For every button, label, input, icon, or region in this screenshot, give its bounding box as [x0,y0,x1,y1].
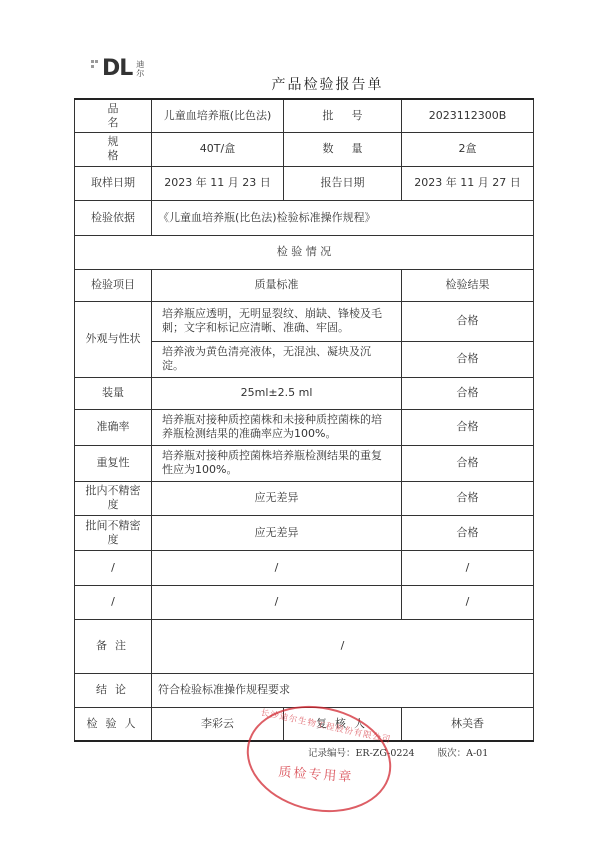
sample-date-label: 取样日期 [75,166,152,200]
table-row: 装量 25ml±2.5 ml 合格 [75,377,534,409]
standard-text: 培养瓶应透明，无明显裂纹、崩缺、锋棱及毛刺；文字和标记应清晰、准确、牢固。 [152,301,402,341]
table-row: 批间不精密度 应无差异 合格 [75,515,534,550]
remarks-value: / [152,619,534,673]
table-row: 外观与性状 培养瓶应透明，无明显裂纹、崩缺、锋棱及毛刺；文字和标记应清晰、准确、… [75,301,534,341]
record-number: 记录编号：ER-ZG-0224 [308,748,415,759]
row-section-title: 检 验 情 况 [75,235,534,269]
item-text: 准确率 [75,409,152,445]
page-title: 产品检验报告单 [0,74,595,94]
table-row: 批内不精密度 应无差异 合格 [75,481,534,515]
product-name-value: 儿童血培养瓶(比色法) [152,99,284,132]
report-date-label: 报告日期 [284,166,402,200]
standard-text: 培养液为黄色清亮液体，无混浊、凝块及沉淀。 [152,341,402,377]
item-text: 批间不精密度 [75,515,152,550]
batch-value: 2023112300B [402,99,534,132]
item-text: / [75,585,152,619]
conclusion-label: 结论 [75,673,152,707]
table-row: / / / [75,585,534,619]
row-basis: 检验依据 《儿童血培养瓶(比色法)检验标准操作规程》 [75,200,534,235]
record-footer: 记录编号：ER-ZG-0224 版次：A-01 [308,745,488,759]
table-row: / / / [75,550,534,585]
sample-date-value: 2023 年 11 月 23 日 [152,166,284,200]
product-name-label: 品名 [75,99,152,132]
conclusion-value: 符合检验标准操作规程要求 [152,673,534,707]
table-row: 准确率 培养瓶对接种质控菌株和未接种质控菌株的培养瓶检测结果的准确率应为100%… [75,409,534,445]
batch-label: 批号 [284,99,402,132]
col-header-result: 检验结果 [402,269,534,301]
inspection-section-title: 检 验 情 况 [75,235,534,269]
result-text: 合格 [402,341,534,377]
row-spec: 规格 40T/盒 数量 2盒 [75,132,534,166]
reviewer-name: 林美香 [402,707,534,741]
standard-text: / [152,550,402,585]
standard-text: / [152,585,402,619]
standard-text: 应无差异 [152,481,402,515]
version-number: 版次：A-01 [438,748,489,759]
result-text: / [402,585,534,619]
standard-text: 应无差异 [152,515,402,550]
basis-label: 检验依据 [75,200,152,235]
result-text: 合格 [402,377,534,409]
item-text: 重复性 [75,445,152,481]
row-signatures: 检验人 李彩云 复核人 林美香 [75,707,534,741]
quantity-label: 数量 [284,132,402,166]
row-column-headers: 检验项目 质量标准 检验结果 [75,269,534,301]
row-product-name: 品名 儿童血培养瓶(比色法) 批号 2023112300B [75,99,534,132]
result-text: 合格 [402,481,534,515]
row-remarks: 备注 / [75,619,534,673]
table-row: 重复性 培养瓶对接种质控菌株培养瓶检测结果的重复性应为100%。 合格 [75,445,534,481]
item-text: 装量 [75,377,152,409]
result-text: 合格 [402,409,534,445]
row-dates: 取样日期 2023 年 11 月 23 日 报告日期 2023 年 11 月 2… [75,166,534,200]
result-text: / [402,550,534,585]
standard-text: 25ml±2.5 ml [152,377,402,409]
row-conclusion: 结论 符合检验标准操作规程要求 [75,673,534,707]
seal-center-text: 质检专用章 [244,759,387,788]
result-text: 合格 [402,515,534,550]
standard-text: 培养瓶对接种质控菌株培养瓶检测结果的重复性应为100%。 [152,445,402,481]
reviewer-label: 复核人 [284,707,402,741]
col-header-item: 检验项目 [75,269,152,301]
basis-value: 《儿童血培养瓶(比色法)检验标准操作规程》 [152,200,534,235]
spec-value: 40T/盒 [152,132,284,166]
inspection-report-table: 品名 儿童血培养瓶(比色法) 批号 2023112300B 规格 40T/盒 数… [74,98,534,742]
col-header-standard: 质量标准 [152,269,402,301]
inspector-label: 检验人 [75,707,152,741]
quantity-value: 2盒 [402,132,534,166]
item-text: 批内不精密度 [75,481,152,515]
report-date-value: 2023 年 11 月 27 日 [402,166,534,200]
result-text: 合格 [402,445,534,481]
standard-text: 培养瓶对接种质控菌株和未接种质控菌株的培养瓶检测结果的准确率应为100%。 [152,409,402,445]
item-appearance: 外观与性状 [75,301,152,377]
spec-label: 规格 [75,132,152,166]
item-text: / [75,550,152,585]
result-text: 合格 [402,301,534,341]
remarks-label: 备注 [75,619,152,673]
inspector-name: 李彩云 [152,707,284,741]
